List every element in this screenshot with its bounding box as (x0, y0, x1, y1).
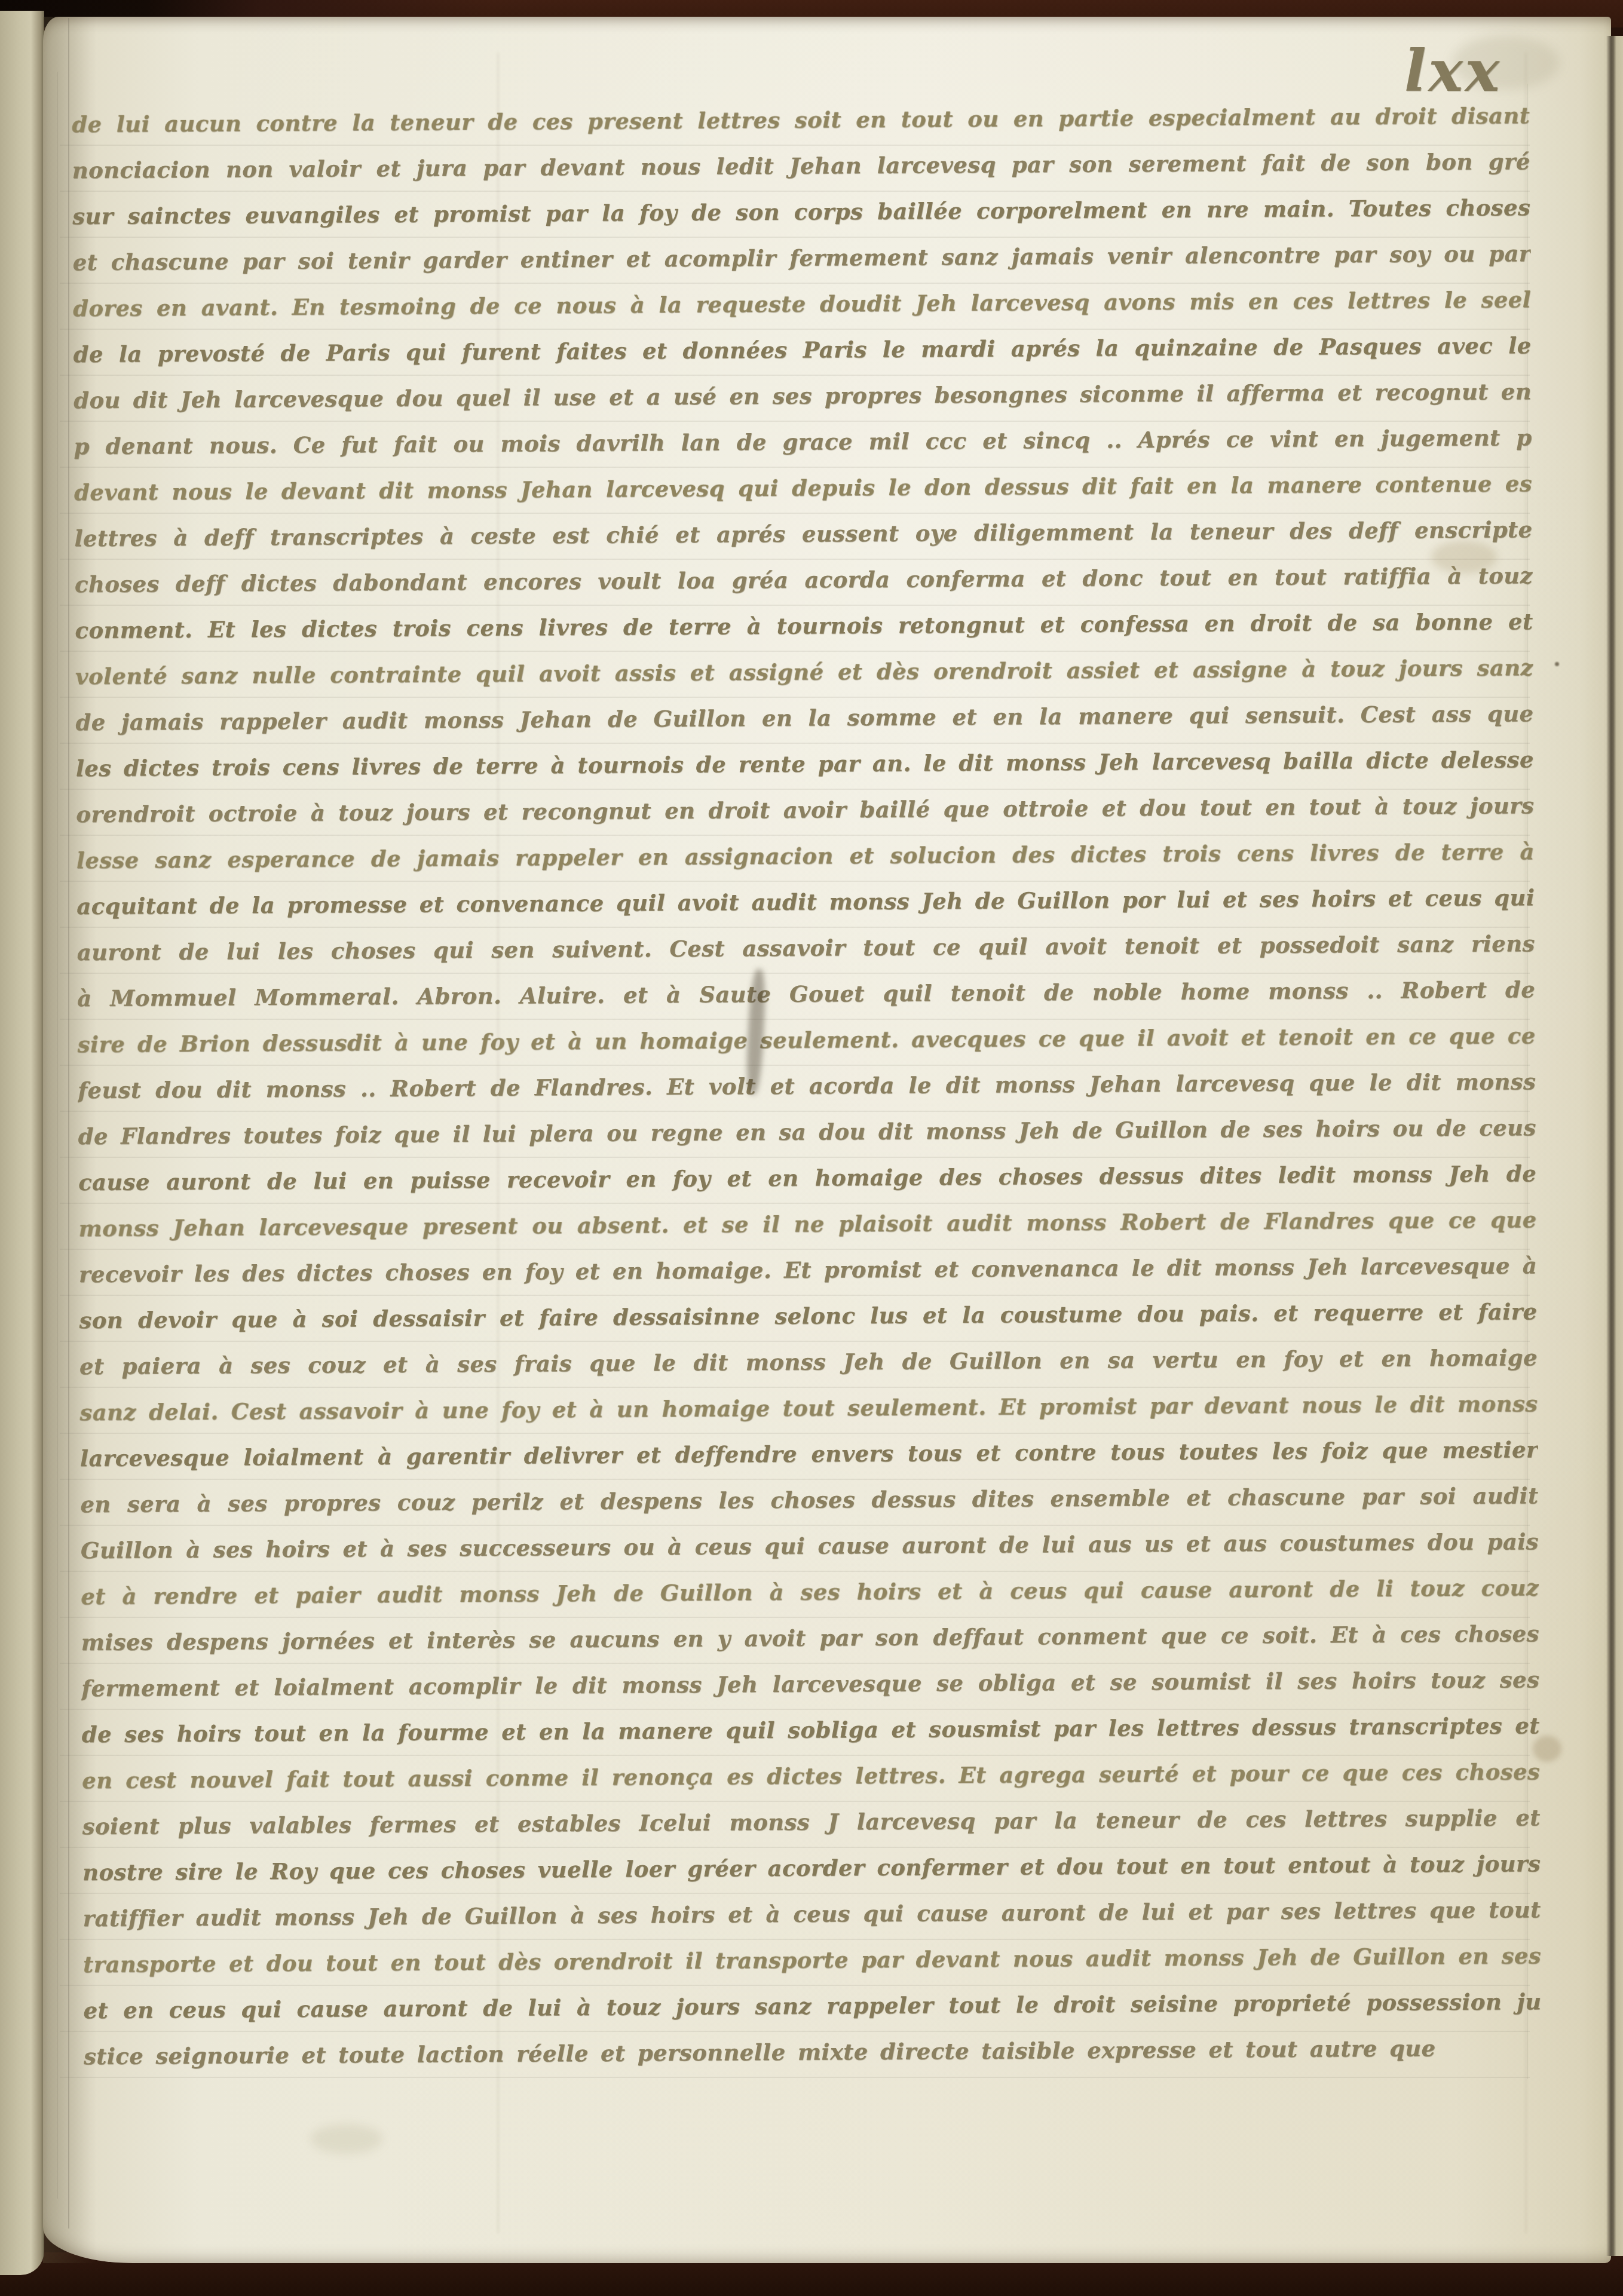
manuscript-text-line: Guillon à ses hoirs et à ses successeurs… (81, 1519, 1539, 1574)
margin-ruling-line (57, 72, 58, 2199)
manuscript-text-line: transporte et dou tout en tout dès orend… (83, 1933, 1541, 1988)
manuscript-text-line: son devoir que à soi dessaisir et faire … (79, 1289, 1537, 1344)
manuscript-text-line: monss Jehan larcevesque present ou absen… (78, 1197, 1536, 1252)
manuscript-text-line: et en ceus qui cause auront de lui à tou… (83, 1979, 1541, 2034)
manuscript-text-line: de jamais rappeler audit monss Jehan de … (75, 691, 1533, 746)
manuscript-scan: lxx de lui aucun contre la teneur de ces… (0, 0, 1623, 2296)
manuscript-text-line: sire de Brion dessusdit à une foy et à u… (77, 1013, 1535, 1068)
manuscript-text-line: les dictes trois cens livres de terre à … (76, 737, 1534, 792)
manuscript-text-line: recevoir les des dictes choses en foy et… (79, 1243, 1537, 1298)
manuscript-text-line: en cest nouvel fait tout aussi conme il … (82, 1749, 1540, 1804)
manuscript-text-line: auront de lui les choses qui sen suivent… (76, 921, 1535, 976)
manuscript-text-line: feust dou dit monss .. Robert de Flandre… (78, 1059, 1536, 1114)
manuscript-text-line: devant nous le devant dit monss Jehan la… (74, 461, 1532, 516)
manuscript-text-line: en sera à ses propres couz perilz et des… (80, 1473, 1538, 1528)
manuscript-text-line: conment. Et les dictes trois cens livres… (75, 599, 1533, 654)
manuscript-text-line: lesse sanz esperance de jamais rappeler … (76, 829, 1535, 884)
manuscript-text-line: stice seignourie et toute laction réelle… (84, 2025, 1542, 2080)
manuscript-text-line: acquitant de la promesse et convenance q… (76, 875, 1535, 930)
manuscript-text-line: soient plus valables fermes et estables … (82, 1795, 1540, 1850)
manuscript-text-line: et chascune par soi tenir garder entiner… (72, 231, 1530, 286)
manuscript-text-line: nonciacion non valoir et jura par devant… (72, 139, 1530, 194)
manuscript-text-line: ratiffier audit monss Jeh de Guillon à s… (82, 1887, 1541, 1942)
manuscript-text-line: de la prevosté de Paris qui furent faite… (73, 323, 1531, 378)
manuscript-text-line: dou dit Jeh larcevesque dou quel il use … (74, 369, 1532, 424)
page-edge-right (1606, 36, 1623, 2256)
manuscript-text-line: à Mommuel Mommeral. Abron. Aluire. et à … (77, 967, 1535, 1022)
manuscript-text-line: volenté sanz nulle contrainte quil avoit… (75, 645, 1533, 700)
manuscript-text-line: sanz delai. Cest assavoir à une foy et à… (79, 1381, 1538, 1436)
previous-page-edge (0, 11, 44, 2275)
manuscript-text-line: orendroit octroie à touz jours et recong… (76, 783, 1534, 838)
manuscript-text-line: de lui aucun contre la teneur de ces pre… (72, 93, 1530, 148)
manuscript-text-line: et à rendre et paier audit monss Jeh de … (81, 1565, 1539, 1620)
manuscript-text-line: et paiera à ses couz et à ses frais que … (79, 1335, 1538, 1390)
manuscript-text-line: sur sainctes euvangiles et promist par l… (72, 185, 1530, 240)
manuscript-text-line: larcevesque loialment à garentir delivre… (80, 1427, 1538, 1482)
manuscript-text-line: choses deff dictes dabondant encores vou… (75, 553, 1533, 608)
manuscript-text-line: de Flandres toutes foiz que il lui plera… (78, 1105, 1536, 1160)
manuscript-text-line: mises despens jornées et interès se aucu… (81, 1611, 1539, 1666)
manuscript-text-line: lettres à deff transcriptes à ceste est … (74, 507, 1532, 562)
manuscript-text-line: p denant nous. Ce fut fait ou mois davri… (74, 415, 1532, 470)
manuscript-text-line: fermement et loialment acomplir le dit m… (81, 1657, 1539, 1712)
manuscript-text-line: nostre sire le Roy que ces choses vuelle… (82, 1841, 1541, 1896)
manuscript-text-line: de ses hoirs tout en la fourme et en la … (81, 1703, 1539, 1758)
manuscript-text-line: cause auront de lui en puisse recevoir e… (78, 1151, 1536, 1206)
text-block: de lui aucun contre la teneur de ces pre… (72, 93, 1542, 2080)
manuscript-text-line: dores en avant. En tesmoing de ce nous à… (73, 277, 1531, 332)
